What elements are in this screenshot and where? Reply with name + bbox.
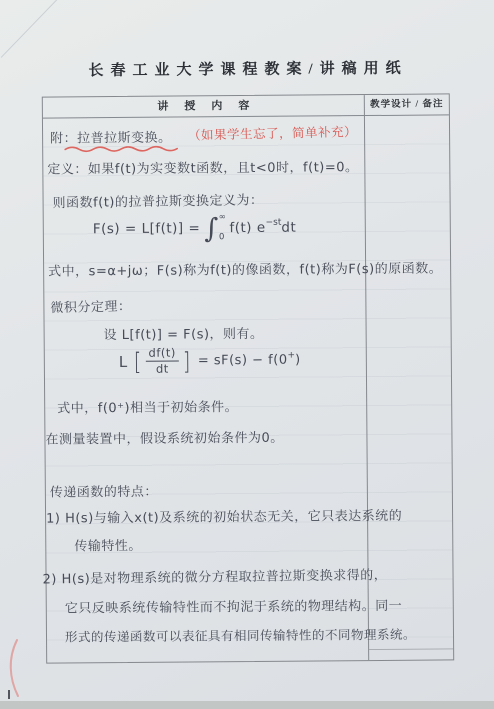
dark-edge-mark [8, 690, 10, 699]
ruled-lines [43, 114, 453, 662]
column-header-design-notes: 教学设计 / 备注 [364, 94, 449, 115]
lecture-plan-table: 讲授内容 教学设计 / 备注 [42, 93, 454, 663]
table-body [43, 114, 453, 662]
page-title: 长春工业大学课程教案/讲稿用纸 [0, 56, 492, 81]
column-header-teaching-content: 讲授内容 [43, 95, 364, 118]
paper-sheet: 长春工业大学课程教案/讲稿用纸 讲授内容 教学设计 / 备注 附：拉普拉斯变换。… [0, 0, 494, 701]
red-pen-mark [2, 638, 28, 700]
page-content: 长春工业大学课程教案/讲稿用纸 讲授内容 教学设计 / 备注 附：拉普拉斯变换。… [0, 0, 494, 703]
